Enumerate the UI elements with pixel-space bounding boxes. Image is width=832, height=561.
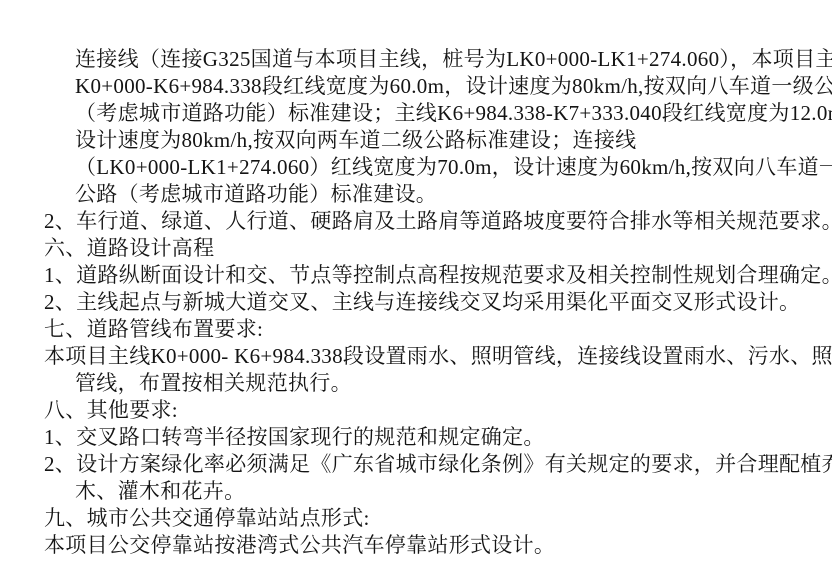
list-item: 2、车行道、绿道、人行道、硬路肩及土路肩等道路坡度要符合排水等相关规范要求。 [44, 208, 814, 235]
text-line: （考虑城市道路功能）标准建设；主线K6+984.338-K7+333.040段红… [44, 100, 814, 127]
text-line: 连接线（连接G325国道与本项目主线，桩号为LK0+000-LK1+274.06… [44, 46, 814, 73]
section-heading: 七、道路管线布置要求: [44, 316, 814, 343]
text-line: K0+000-K6+984.338段红线宽度为60.0m，设计速度为80km/h… [44, 73, 814, 100]
section-heading: 八、其他要求: [44, 397, 814, 424]
text-line: 设计速度为80km/h,按双向两车道二级公路标准建设；连接线 [44, 127, 814, 154]
text-line: （LK0+000-LK1+274.060）红线宽度为70.0m，设计速度为60k… [44, 154, 814, 181]
text-line: 木、灌木和花卉。 [44, 478, 814, 505]
list-item: 2、主线起点与新城大道交叉、主线与连接线交叉均采用渠化平面交叉形式设计。 [44, 289, 814, 316]
text-line: 本项目公交停靠站按港湾式公共汽车停靠站形式设计。 [44, 532, 814, 559]
list-item: 2、设计方案绿化率必须满足《广东省城市绿化条例》有关规定的要求，并合理配植乔 [44, 451, 814, 478]
document-page: 连接线（连接G325国道与本项目主线，桩号为LK0+000-LK1+274.06… [0, 0, 832, 561]
section-heading: 六、道路设计高程 [44, 235, 814, 262]
text-line: 管线，布置按相关规范执行。 [44, 370, 814, 397]
text-line: 公路（考虑城市道路功能）标准建设。 [44, 181, 814, 208]
list-item: 1、交叉路口转弯半径按国家现行的规范和规定确定。 [44, 424, 814, 451]
text-line: 本项目主线K0+000- K6+984.338段设置雨水、照明管线，连接线设置雨… [44, 343, 814, 370]
list-item: 1、道路纵断面设计和交、节点等控制点高程按规范要求及相关控制性规划合理确定。 [44, 262, 814, 289]
section-heading: 九、城市公共交通停靠站站点形式: [44, 505, 814, 532]
